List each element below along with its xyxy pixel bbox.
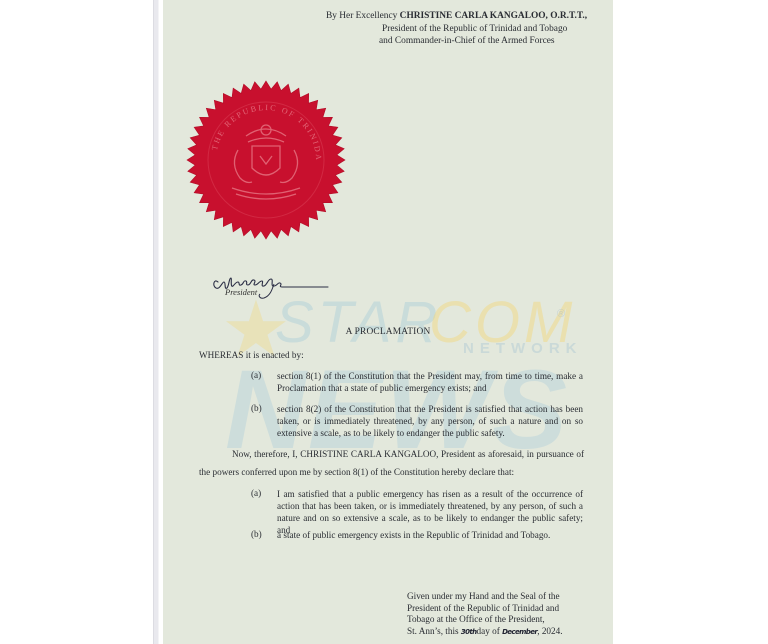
signature-label: President (225, 287, 257, 297)
handwritten-month: December (502, 628, 537, 636)
issuer-name: CHRISTINE CARLA KANGALOO, O.R.T.T., (400, 11, 587, 21)
declaration-item-b-label: (b) (251, 529, 262, 539)
whereas-item-a-label: (a) (251, 370, 261, 380)
given-line-3: Tobago at the Office of the President, (407, 614, 597, 626)
issuer-line-1: By Her Excellency CHRISTINE CARLA KANGAL… (326, 10, 586, 23)
whereas-item-a: section 8(1) of the Constitution that th… (277, 370, 583, 394)
given-line-2: President of the Republic of Trinidad an… (407, 603, 597, 615)
issuer-line-2: President of the Republic of Trinidad an… (326, 23, 586, 36)
given-line-1: Given under my Hand and the Seal of the (407, 591, 597, 603)
watermark-brand-com: COM (429, 289, 576, 356)
given-under-hand: Given under my Hand and the Seal of the … (407, 591, 597, 638)
issuer-header: By Her Excellency CHRISTINE CARLA KANGAL… (326, 10, 586, 48)
handwritten-day: 30th (461, 628, 477, 636)
proclamation-title: A PROCLAMATION (163, 327, 613, 337)
declaration-item-a-label: (a) (251, 488, 261, 498)
watermark-registered-icon: ® (557, 308, 565, 320)
whereas-intro: WHEREAS it is enacted by: (199, 349, 304, 361)
given-line-4: St. Ann’s, this 30thday of December, 202… (407, 626, 597, 639)
declaration-intro: Now, therefore, I, CHRISTINE CARLA KANGA… (199, 445, 584, 481)
given-year: , 2024. (537, 626, 562, 636)
whereas-item-b-label: (b) (251, 403, 262, 413)
watermark-network: NETWORK (463, 340, 583, 357)
declaration-item-b: a state of public emergency exists in th… (277, 529, 583, 541)
proclamation-page: ★ STAR COM ® NETWORK NEWS By Her Excelle… (163, 0, 613, 644)
issuer-line-3: and Commander-in-Chief of the Armed Forc… (326, 35, 586, 48)
red-wax-seal-icon: THE REPUBLIC OF TRINIDAD AND TOBAGO (186, 80, 346, 240)
whereas-item-b: section 8(2) of the Constitution that th… (277, 403, 583, 439)
issuer-prefix: By Her Excellency (326, 11, 400, 21)
page-edge-strip (153, 0, 159, 644)
given-day-of: day of (477, 626, 503, 636)
given-place: St. Ann’s, this (407, 626, 461, 636)
